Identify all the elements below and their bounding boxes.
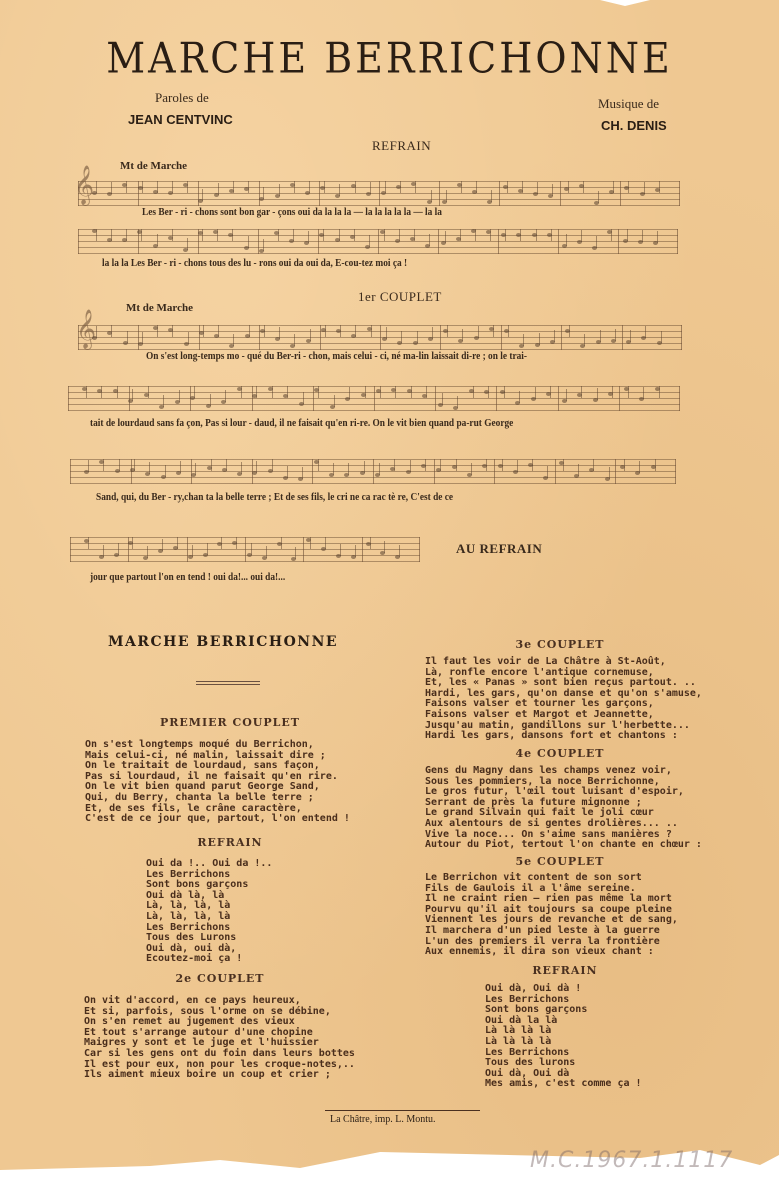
- barline: [312, 459, 313, 484]
- note-stem: [569, 325, 570, 337]
- footer-rule: [325, 1110, 480, 1111]
- note-stem: [241, 462, 242, 474]
- note-stem: [476, 181, 477, 193]
- note-stem: [127, 331, 128, 343]
- note-stem: [517, 460, 518, 472]
- couplet-2-heading: 2e COUPLET: [70, 972, 370, 985]
- barline: [679, 181, 680, 206]
- couplet-4-verse: Gens du Magny dans les champs venez voir…: [425, 766, 702, 851]
- note-stem: [103, 545, 104, 557]
- note-stem: [162, 539, 163, 551]
- note-stem: [486, 459, 487, 471]
- note-stem: [655, 459, 656, 471]
- note-stem: [132, 389, 133, 401]
- note-stem: [502, 459, 503, 471]
- note-stem: [491, 190, 492, 202]
- note-stem: [294, 334, 295, 346]
- note-stem: [340, 544, 341, 556]
- note-stem: [187, 238, 188, 250]
- note-stem: [142, 332, 143, 344]
- note-stem: [411, 386, 412, 398]
- note-stem: [141, 229, 142, 241]
- note-stem: [157, 234, 158, 246]
- barline: [622, 325, 623, 350]
- barline: [78, 181, 79, 206]
- score-couplet-heading: 1er COUPLET: [358, 289, 442, 305]
- note-stem: [287, 386, 288, 398]
- barline: [70, 537, 71, 562]
- barline: [362, 537, 363, 562]
- note-stem: [535, 387, 536, 399]
- barline: [681, 325, 682, 350]
- note-stem: [478, 326, 479, 338]
- note-stem: [417, 331, 418, 343]
- note-stem: [308, 231, 309, 243]
- note-stem: [217, 229, 218, 241]
- note-stem: [386, 327, 387, 339]
- barline: [191, 459, 192, 484]
- composer-name: CH. DENIS: [601, 118, 667, 133]
- verse-line: Mes amis, c'est comme ça !: [485, 1079, 642, 1090]
- note-stem: [163, 395, 164, 407]
- note-stem: [532, 459, 533, 471]
- barline: [675, 459, 676, 484]
- note-stem: [523, 334, 524, 346]
- couplet-5-heading: 5e COUPLET: [410, 855, 710, 868]
- barline: [78, 229, 79, 254]
- note-stem: [550, 386, 551, 398]
- note-stem: [263, 239, 264, 251]
- note-stem: [126, 181, 127, 193]
- refrain-1-verse: Oui da !.. Oui da !..Les BerrichonsSont …: [146, 859, 272, 965]
- note-stem: [225, 390, 226, 402]
- note-stem: [172, 181, 173, 193]
- barline: [555, 459, 556, 484]
- staff-couplet-3: [70, 459, 676, 485]
- note-stem: [221, 537, 222, 549]
- score-refrain-heading: REFRAIN: [372, 138, 431, 154]
- note-stem: [615, 329, 616, 341]
- note-stem: [364, 461, 365, 473]
- verse-line: Il faut les voir de La Châtre à St-Août,: [425, 657, 702, 668]
- note-stem: [600, 330, 601, 342]
- note-stem: [194, 386, 195, 398]
- note-stem: [551, 229, 552, 241]
- note-stem: [339, 184, 340, 196]
- barline: [620, 181, 621, 206]
- note-stem: [400, 181, 401, 193]
- note-stem: [117, 386, 118, 398]
- note-stem: [333, 463, 334, 475]
- printer-imprint: La Châtre, imp. L. Montu.: [330, 1114, 436, 1125]
- note-stem: [232, 229, 233, 241]
- tempo-marking: Mt de Marche: [120, 160, 187, 172]
- barline: [138, 181, 139, 206]
- note-stem: [642, 230, 643, 242]
- note-stem: [309, 181, 310, 193]
- note-stem: [630, 330, 631, 342]
- note-stem: [157, 181, 158, 193]
- note-stem: [429, 234, 430, 246]
- barline: [434, 459, 435, 484]
- verse-line: Le Berrichon vit content de son sort: [425, 873, 678, 884]
- note-stem: [119, 459, 120, 471]
- note-stem: [661, 331, 662, 343]
- verse-line: Ils aiment mieux boire un coup et crier …: [84, 1070, 355, 1081]
- barline: [677, 229, 678, 254]
- lyricist-name: JEAN CENTVINC: [128, 112, 233, 127]
- lyrics-section-title: MARCHE BERRICHONNE: [108, 634, 338, 650]
- note-stem: [370, 182, 371, 194]
- note-stem: [88, 460, 89, 472]
- verse-line: Là, là, là, là: [146, 912, 272, 923]
- lyrics-label: Paroles de: [155, 90, 209, 106]
- note-stem: [132, 537, 133, 549]
- note-stem: [149, 462, 150, 474]
- verse-line: Faisons valser et Margot et Jeannette,: [425, 710, 702, 721]
- note-stem: [103, 459, 104, 471]
- note-stem: [612, 386, 613, 398]
- note-stem: [195, 463, 196, 475]
- note-stem: [628, 181, 629, 193]
- note-stem: [293, 229, 294, 241]
- note-stem: [370, 537, 371, 549]
- barline: [618, 229, 619, 254]
- note-stem: [236, 537, 237, 549]
- note-stem: [334, 395, 335, 407]
- note-stem: [609, 467, 610, 479]
- note-stem: [263, 187, 264, 199]
- au-refrain-label: AU REFRAIN: [456, 541, 542, 557]
- note-stem: [568, 181, 569, 193]
- note-stem: [318, 459, 319, 471]
- note-stem: [462, 329, 463, 341]
- note-stem: [415, 181, 416, 193]
- note-stem: [233, 334, 234, 346]
- tempo-marking: Mt de Marche: [126, 302, 193, 314]
- staff-couplet-4: [70, 537, 420, 563]
- note-stem: [566, 389, 567, 401]
- note-stem: [256, 461, 257, 473]
- verse-line: Hardi les gars, dansons fort et chantons…: [425, 731, 702, 742]
- note-stem: [210, 394, 211, 406]
- barline: [494, 459, 495, 484]
- note-stem: [488, 386, 489, 398]
- note-stem: [507, 181, 508, 193]
- verse-line: Qui, du Berry, chanta la belle terre ;: [85, 793, 350, 804]
- note-stem: [172, 229, 173, 241]
- note-stem: [596, 236, 597, 248]
- barline: [560, 181, 561, 206]
- note-stem: [385, 181, 386, 193]
- note-stem: [624, 459, 625, 471]
- note-stem: [519, 391, 520, 403]
- note-stem: [426, 386, 427, 398]
- note-stem: [583, 181, 584, 193]
- couplet-3-heading: 3e COUPLET: [410, 638, 710, 651]
- note-stem: [659, 181, 660, 193]
- lyric-line: tait de lourdaud sans fa çon, Pas si lou…: [90, 417, 513, 429]
- verse-line: Gens du Magny dans les champs venez voir…: [425, 766, 702, 777]
- music-label: Musique de: [598, 96, 659, 112]
- note-stem: [325, 537, 326, 549]
- barline: [561, 325, 562, 350]
- note-stem: [446, 190, 447, 202]
- note-stem: [410, 460, 411, 472]
- barline: [380, 325, 381, 350]
- note-stem: [310, 537, 311, 549]
- note-stem: [379, 463, 380, 475]
- note-stem: [339, 229, 340, 241]
- note-stem: [431, 190, 432, 202]
- lyric-line: On s'est long-temps mo - qué du Ber-ri -…: [146, 350, 527, 362]
- note-stem: [399, 229, 400, 241]
- note-stem: [96, 326, 97, 338]
- note-stem: [251, 543, 252, 555]
- note-stem: [177, 537, 178, 549]
- barline: [501, 325, 502, 350]
- note-stem: [101, 386, 102, 398]
- barline: [496, 386, 497, 411]
- note-stem: [165, 465, 166, 477]
- catalog-number: M.C.1967.1.1117: [530, 1148, 733, 1173]
- note-stem: [471, 463, 472, 475]
- couplet-5-verse: Le Berrichon vit content de son sortFils…: [425, 873, 678, 958]
- note-stem: [279, 327, 280, 339]
- verse-line: Il marchera d'un pied leste à la guerre: [425, 926, 678, 937]
- note-stem: [354, 229, 355, 241]
- barline: [199, 325, 200, 350]
- note-stem: [644, 182, 645, 194]
- note-stem: [394, 459, 395, 471]
- barline: [435, 386, 436, 411]
- verse-line: Ecoutez-moi ça !: [146, 954, 272, 965]
- barline: [252, 386, 253, 411]
- note-stem: [578, 464, 579, 476]
- note-stem: [554, 330, 555, 342]
- refrain-2-verse: Oui dà, Oui dà !Les BerrichonsSont bons …: [485, 984, 642, 1090]
- verse-line: Oui da !.. Oui da !..: [146, 859, 272, 870]
- barline: [419, 537, 420, 562]
- note-stem: [256, 386, 257, 398]
- barline: [438, 229, 439, 254]
- barline: [379, 181, 380, 206]
- note-stem: [203, 325, 204, 337]
- note-stem: [490, 229, 491, 241]
- note-stem: [581, 386, 582, 398]
- lyric-line: Sand, qui, du Ber - ry,chan ta la belle …: [96, 491, 453, 503]
- note-stem: [233, 181, 234, 193]
- note-stem: [504, 386, 505, 398]
- barline: [319, 181, 320, 206]
- note-stem: [628, 386, 629, 398]
- note-stem: [442, 393, 443, 405]
- note-stem: [172, 325, 173, 337]
- note-stem: [148, 386, 149, 398]
- barline: [374, 386, 375, 411]
- barline: [373, 459, 374, 484]
- note-stem: [399, 545, 400, 557]
- note-stem: [126, 229, 127, 241]
- note-stem: [447, 325, 448, 337]
- note-stem: [613, 181, 614, 193]
- note-stem: [475, 229, 476, 241]
- barline: [558, 386, 559, 411]
- note-stem: [202, 229, 203, 241]
- verse-line: Oui dà, Oui dà !: [485, 984, 642, 995]
- refrain-1-heading: REFRAIN: [80, 836, 380, 849]
- lyric-line: la la la Les Ber - ri - chons tous des l…: [102, 257, 407, 269]
- note-stem: [86, 386, 87, 398]
- verse-line: On vit d'accord, en ce pays heureux,: [84, 996, 355, 1007]
- lyric-line: jour que partout l'on en tend ! oui da!.…: [90, 571, 285, 583]
- note-stem: [192, 545, 193, 557]
- couplet-3-verse: Il faut les voir de La Châtre à St-Août,…: [425, 657, 702, 742]
- note-stem: [318, 386, 319, 398]
- staff-refrain-2: [78, 229, 678, 255]
- barline: [499, 181, 500, 206]
- note-stem: [218, 183, 219, 195]
- note-stem: [303, 392, 304, 404]
- note-stem: [537, 182, 538, 194]
- note-stem: [187, 181, 188, 193]
- verse-line: C'est de ce jour que, partout, l'on ente…: [85, 814, 350, 825]
- note-stem: [323, 229, 324, 241]
- note-stem: [401, 331, 402, 343]
- barline: [138, 325, 139, 350]
- note-stem: [157, 325, 158, 337]
- note-stem: [593, 459, 594, 471]
- note-stem: [520, 229, 521, 241]
- couplet-4-heading: 4e COUPLET: [410, 747, 710, 760]
- barline: [619, 386, 620, 411]
- barline: [615, 459, 616, 484]
- note-stem: [211, 459, 212, 471]
- verse-line: Aux alentours de si gentes drolières... …: [425, 819, 702, 830]
- staff-refrain-1: [78, 181, 680, 207]
- note-stem: [179, 390, 180, 402]
- verse-line: On s'est longtemps moqué du Berrichon,: [85, 740, 350, 751]
- note-stem: [348, 463, 349, 475]
- note-stem: [278, 229, 279, 241]
- note-stem: [264, 325, 265, 337]
- barline: [78, 325, 79, 350]
- note-stem: [188, 332, 189, 344]
- note-stem: [279, 184, 280, 196]
- note-stem: [597, 388, 598, 400]
- note-stem: [248, 236, 249, 248]
- verse-line: Aux ennemis, il dira son vieux chant :: [425, 947, 678, 958]
- verse-line: Là là là là: [485, 1037, 642, 1048]
- note-stem: [371, 325, 372, 337]
- note-stem: [349, 387, 350, 399]
- note-stem: [248, 181, 249, 193]
- note-stem: [584, 334, 585, 346]
- note-stem: [111, 229, 112, 241]
- note-stem: [384, 229, 385, 241]
- note-stem: [355, 181, 356, 193]
- note-stem: [325, 325, 326, 337]
- divider: [196, 681, 260, 685]
- note-stem: [111, 182, 112, 194]
- staff-couplet-2: [68, 386, 680, 412]
- note-stem: [508, 325, 509, 337]
- note-stem: [365, 386, 366, 398]
- note-stem: [202, 189, 203, 201]
- note-stem: [440, 459, 441, 471]
- note-stem: [432, 327, 433, 339]
- note-stem: [369, 235, 370, 247]
- note-stem: [473, 386, 474, 398]
- note-stem: [272, 459, 273, 471]
- note-stem: [295, 547, 296, 559]
- note-stem: [445, 231, 446, 243]
- note-stem: [355, 325, 356, 337]
- note-stem: [536, 229, 537, 241]
- note-stem: [639, 461, 640, 473]
- barline: [68, 386, 69, 411]
- note-stem: [324, 181, 325, 193]
- note-stem: [266, 546, 267, 558]
- note-stem: [581, 230, 582, 242]
- note-stem: [645, 326, 646, 338]
- note-stem: [414, 229, 415, 241]
- note-stem: [598, 191, 599, 203]
- note-stem: [425, 459, 426, 471]
- note-stem: [563, 459, 564, 471]
- note-stem: [241, 386, 242, 398]
- barline: [439, 181, 440, 206]
- note-stem: [294, 181, 295, 193]
- premier-couplet-verse: On s'est longtemps moqué du Berrichon,Ma…: [85, 740, 350, 825]
- note-stem: [96, 229, 97, 241]
- verse-line: Car si les gens ont du foin dans leurs b…: [84, 1049, 355, 1060]
- note-stem: [281, 537, 282, 549]
- barline: [498, 229, 499, 254]
- barline: [558, 229, 559, 254]
- note-stem: [218, 325, 219, 337]
- note-stem: [461, 181, 462, 193]
- note-stem: [272, 386, 273, 398]
- barline: [245, 537, 246, 562]
- barline: [303, 537, 304, 562]
- note-stem: [118, 543, 119, 555]
- premier-couplet-heading: PREMIER COUPLET: [80, 716, 380, 729]
- note-stem: [310, 329, 311, 341]
- staff-couplet-1: [78, 325, 682, 351]
- note-stem: [226, 459, 227, 471]
- note-stem: [547, 466, 548, 478]
- note-stem: [384, 541, 385, 553]
- note-stem: [88, 537, 89, 549]
- note-stem: [147, 546, 148, 558]
- refrain-2-heading: REFRAIN: [500, 964, 630, 977]
- note-stem: [460, 229, 461, 241]
- note-stem: [643, 387, 644, 399]
- couplet-2-verse: On vit d'accord, en ce pays heureux,Et s…: [84, 996, 355, 1081]
- note-stem: [552, 184, 553, 196]
- note-stem: [627, 229, 628, 241]
- note-stem: [457, 396, 458, 408]
- note-stem: [395, 386, 396, 398]
- barline: [679, 386, 680, 411]
- note-stem: [456, 459, 457, 471]
- barline: [259, 181, 260, 206]
- note-stem: [493, 325, 494, 337]
- page-title: MARCHE BERRICHONNE: [0, 34, 779, 82]
- barline: [378, 229, 379, 254]
- note-stem: [659, 386, 660, 398]
